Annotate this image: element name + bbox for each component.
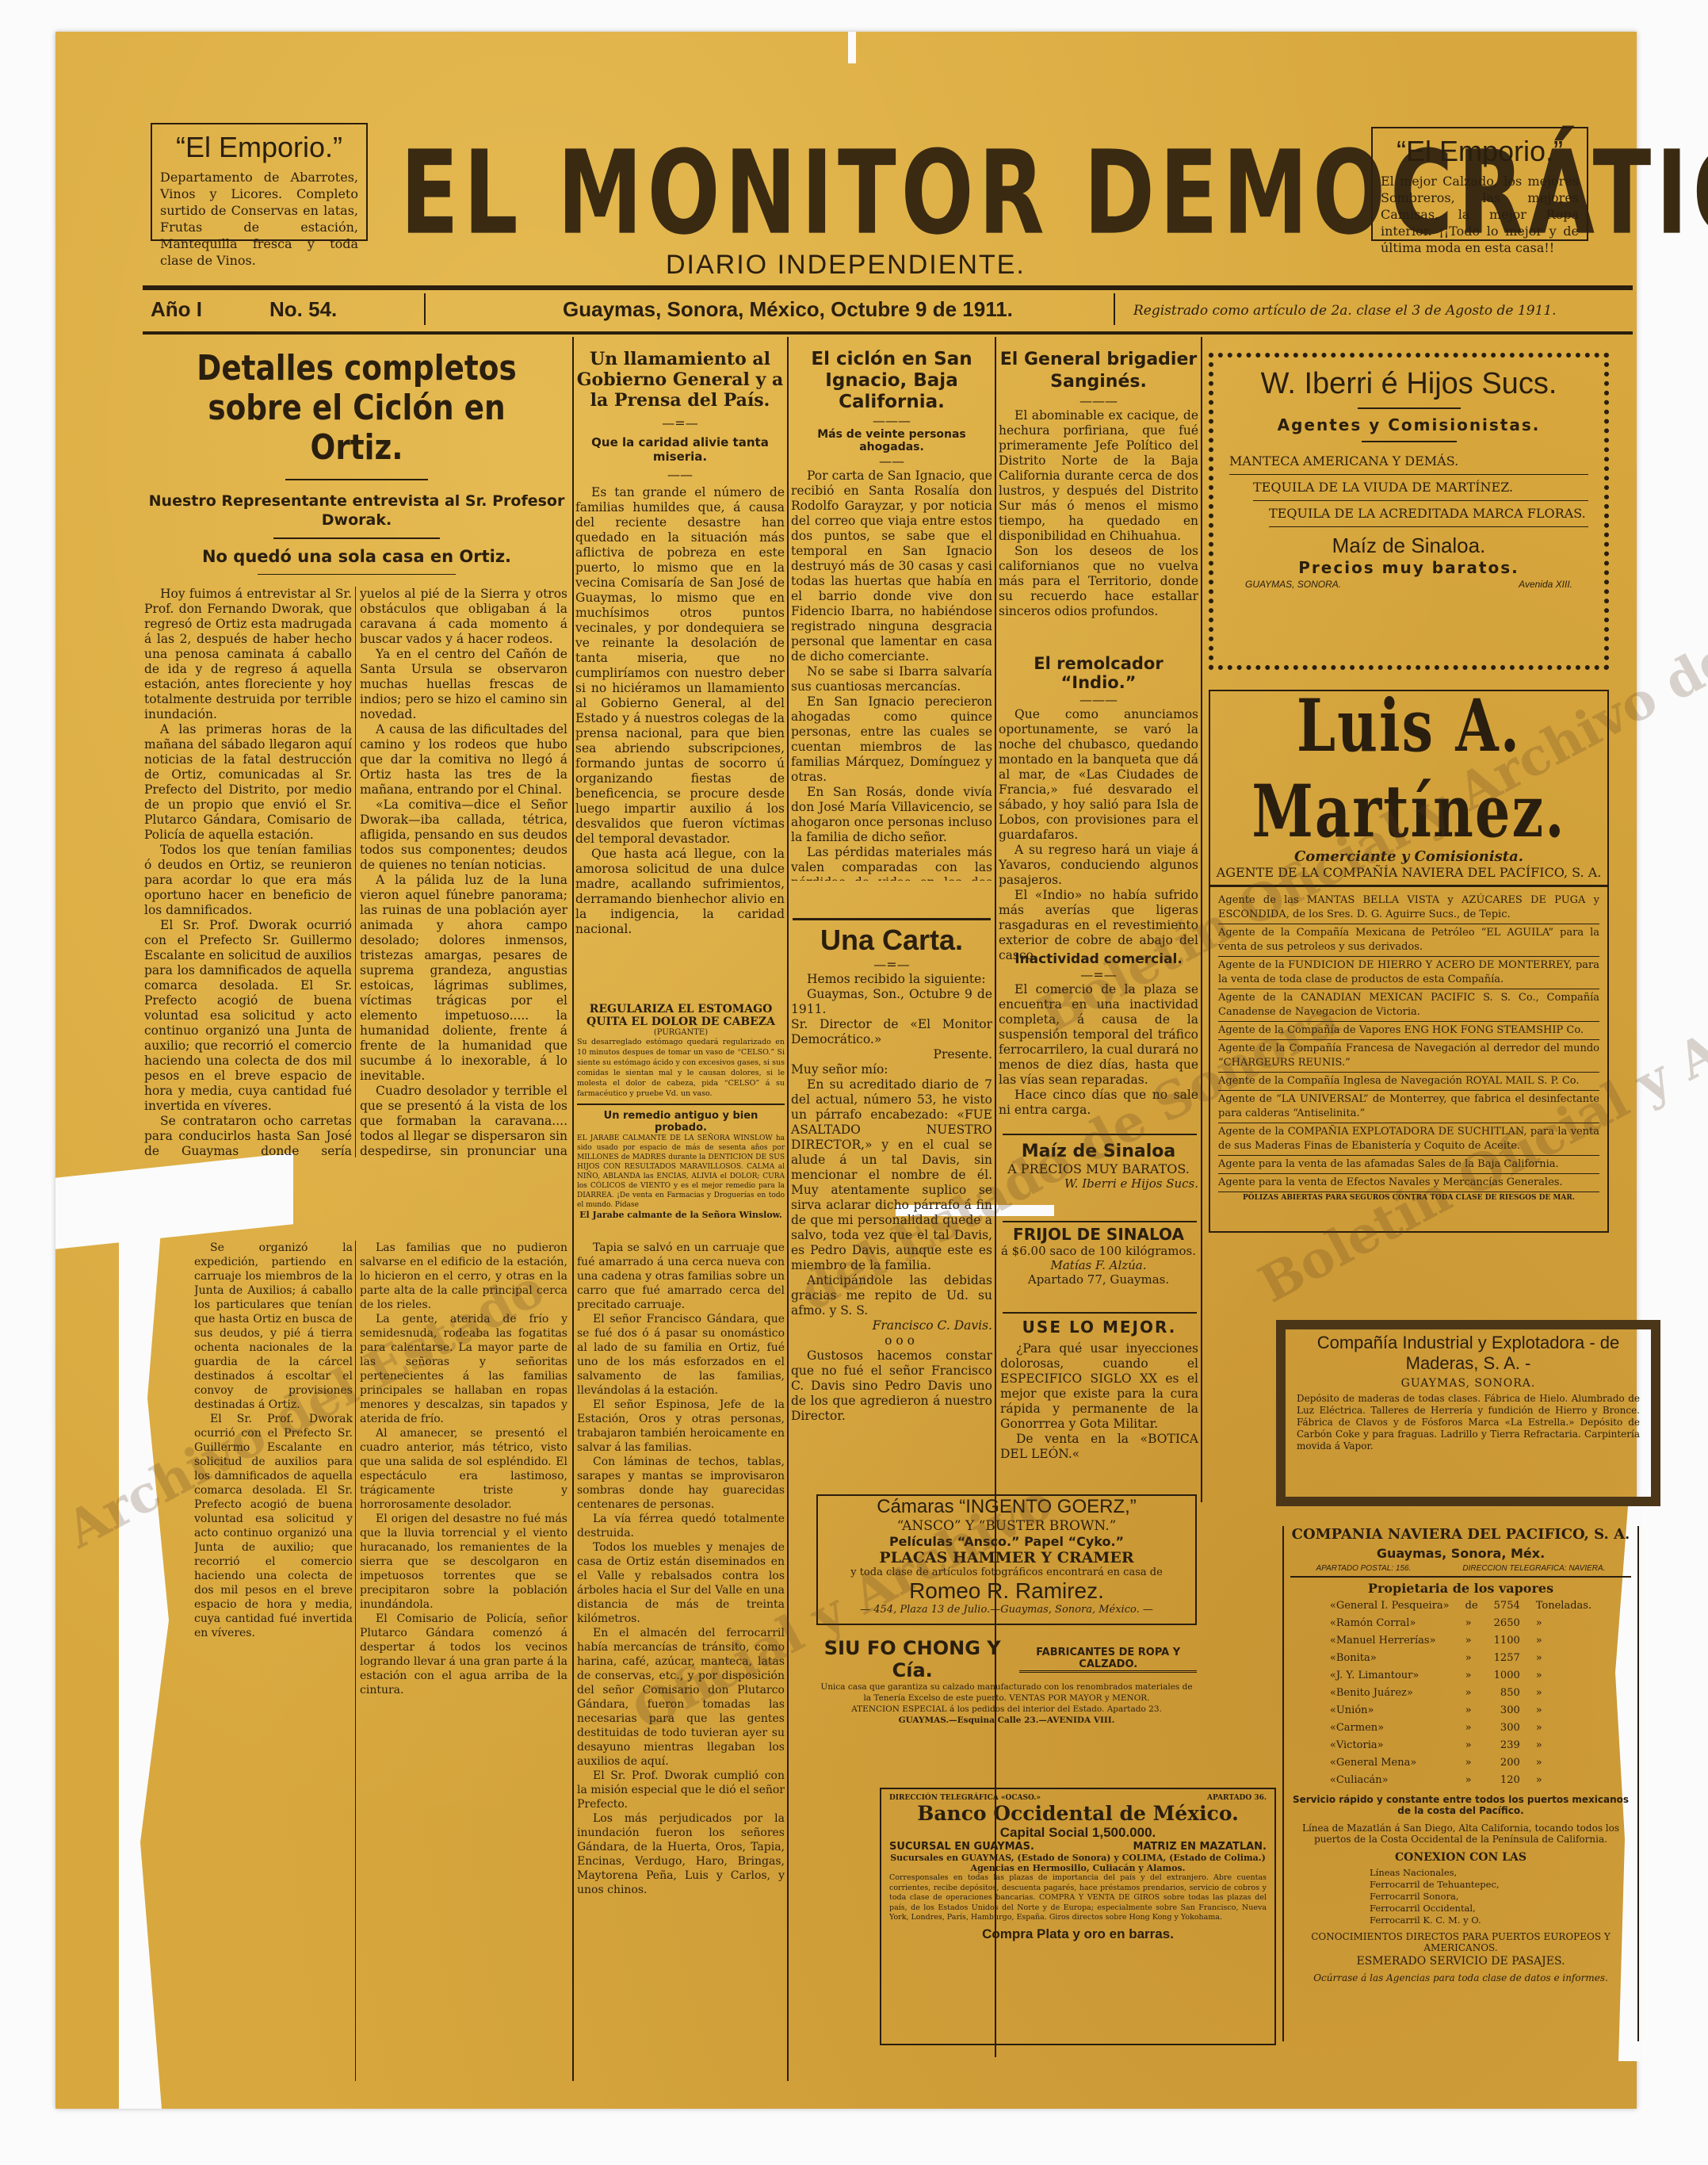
column-divider [355,587,356,1157]
column-divider [355,1241,356,2081]
divider [1362,441,1457,442]
article-llamamiento-body: Es tan grande el número de familias humi… [575,485,785,961]
ad-maiz-sub: A PRECIOS MUY BARATOS. [999,1161,1198,1176]
paragraph: Que como anunciamos oportunamente, se va… [999,707,1198,843]
paragraph: A su regreso hará un viaje á Yavaros, co… [999,843,1198,888]
ad-naviera-title: COMPANIA NAVIERA DEL PACIFICO, S. A. [1290,1526,1631,1543]
paragraph: Se organizó la expedición, partiendo en … [194,1241,353,1412]
ship-prefix: » [1458,1754,1486,1772]
ship-tonnage: 1257 [1486,1650,1528,1667]
ad-naviera-footer: Ocúrrase á las Agencias para toda clase … [1290,1972,1631,1983]
ear-right-text: El mejor Calzado, los mejores Sombreros,… [1373,168,1587,261]
paragraph: «La comitiva—dice el Señor Dworak—iba ca… [360,798,567,873]
paragraph: No se sabe si Ibarra salvaría sus cuanti… [791,664,992,694]
ship-name: «Ramón Corral» [1322,1615,1458,1632]
ship-unit: » [1528,1632,1599,1650]
ad-goerz-line3: Películas “Ansco.” Papel “Cyko.” [818,1534,1195,1549]
paper-tear [848,32,856,63]
article-sangines-body: El abominable ex cacique, de hechura por… [999,408,1198,619]
paragraph: Anticipándole las debidas gracias me rep… [791,1273,992,1318]
paragraph: El Sr. Prof. Dworak cumplió con la misió… [577,1769,785,1811]
ornament: —— [791,453,992,469]
ad-maderas-city: GUAYMAS, SONORA. [1297,1377,1640,1390]
ad-naviera-conocimientos: CONOCIMIENTOS DIRECTOS PARA PUERTOS EURO… [1290,1931,1631,1953]
paragraph: yuelos al pié de la Sierra y otros obstá… [360,587,567,647]
paragraph: El señor Francisco Gándara, que se fué d… [577,1312,785,1398]
article-ortiz-deck1: Nuestro Representante entrevista al Sr. … [143,492,571,530]
article-ortiz-continued-col1: Se organizó la expedición, partiendo en … [194,1241,353,2073]
ship-row: «Unión»»300» [1322,1702,1599,1719]
ornament: —— [575,467,785,482]
paragraph: El Sr. Prof. Dworak ocurrió con el Prefe… [194,1412,353,1640]
ad-martinez-footer: PÓLIZAS ABIERTAS PARA SEGUROS CONTRA TOD… [1210,1194,1607,1202]
ship-unit: » [1528,1667,1599,1685]
ad-goerz-line1: Cámaras “INGENTO GOERZ,” [818,1496,1195,1518]
paragraph: Al amanecer, se presentó el cuadro anter… [360,1426,567,1512]
paragraph: Los más perjudicados por la inundación f… [577,1811,785,1897]
paragraph: Guaymas, Son., Octubre 9 de 1911. [791,987,992,1017]
ad-use-mejor-body: ¿Para qué usar inyecciones dolorosas, cu… [1000,1341,1198,1462]
divider [258,574,456,576]
signature: Francisco C. Davis. [791,1318,992,1333]
ad-martinez-item: Agente de la Compañía Mexicana de Petról… [1218,924,1599,957]
column-divider [572,1241,574,2081]
paragraph: En su acreditado diario de 7 del actual,… [791,1077,992,1273]
dateline-rule [143,331,1633,335]
ad-frijol-address: Apartado 77, Guaymas. [999,1272,1198,1287]
divider [1003,1221,1197,1222]
ad-naviera-city: Guaymas, Sonora, Méx. [1290,1546,1631,1561]
ship-row: «Benito Juárez»»850» [1322,1685,1599,1702]
ad-siu-fo-body: Unica casa que garantiza su calzado manu… [816,1681,1197,1704]
divider [793,918,991,920]
paragraph: Sr. Director de «El Monitor Democrático.… [791,1017,992,1047]
ear-right-ad: “El Emporio.” El mejor Calzado, los mejo… [1371,127,1588,241]
ad-martinez-item: Agente de “LA UNIVERSAL” de Monterrey, q… [1218,1091,1599,1123]
ad-goerz-line4: PLACAS HAMMER Y CRAMER [818,1549,1195,1566]
article-inactividad: Inactividad comercial. —=— El comercio d… [999,951,1198,1118]
article-inactividad-headline: Inactividad comercial. [999,951,1198,967]
ship-prefix: » [1458,1719,1486,1737]
ad-winslow-body: EL JARABE CALMANTE DE LA SEÑORA WINSLOW … [577,1134,785,1210]
divider [1003,1312,1197,1314]
divider [1210,885,1607,887]
article-llamamiento-deck: Que la caridad alivie tanta miseria. [575,435,785,464]
ornament: —=— [999,967,1198,982]
ship-tonnage: 1000 [1486,1667,1528,1685]
ship-row: «General I. Pesqueira»de5754Toneladas. [1322,1597,1599,1615]
ad-maderas-body: Depósito de maderas de todas clases. Fáb… [1297,1393,1640,1452]
paragraph: Hace cinco días que no sale ni entra car… [999,1088,1198,1118]
paragraph: Las familias que no pudieron salvarse en… [360,1241,567,1312]
ad-celso-sub: (PURGANTE) [577,1028,785,1037]
ear-left-title: “El Emporio.” [152,131,366,164]
ship-prefix: » [1458,1615,1486,1632]
ship-unit: » [1528,1615,1599,1632]
paragraph: Hoy fuimos á entrevistar al Sr. Prof. do… [144,587,352,722]
ad-martinez-item: Agente de las MANTAS BELLA VISTA y AZÚCA… [1218,892,1599,924]
paragraph: El Sr. Prof. Dworak ocurrió con el Prefe… [144,918,352,1114]
ad-line: MANTECA AMERICANA Y DEMÁS. [1229,449,1588,475]
divider [424,293,426,325]
ship-name: «Manuel Herrerías» [1322,1632,1458,1650]
divider [1114,293,1115,325]
ad-banco-sucursal: SUCURSAL EN GUAYMAS. [889,1841,1034,1853]
ad-frijol-title: FRIJOL DE SINALOA [999,1225,1198,1244]
ad-martinez-item: Agente de la FUNDICION DE HIERRO Y ACERO… [1218,957,1599,989]
article-indio: El remolcador “Indio.” ——— Que como anun… [999,654,1198,963]
ornament: —=— [575,415,785,430]
ship-name: «Carmen» [1322,1719,1458,1737]
paragraph: El señor Espinosa, Jefe de la Estación, … [577,1398,785,1455]
paragraph: A la pálida luz de la luna vieron aquel … [360,873,567,1084]
ad-maiz-title: Maíz de Sinaloa [999,1142,1198,1161]
paragraph: El abominable ex cacique, de hechura por… [999,408,1198,544]
ad-martinez-item: Agente de la COMPAÑIA EXPLOTADORA DE SUC… [1218,1123,1599,1156]
ad-use-mejor: USE LO MEJOR. ¿Para qué usar inyecciones… [1000,1318,1198,1462]
ad-martinez-item: Agente de la Compañía Inglesa de Navegac… [1218,1073,1599,1091]
ship-prefix: » [1458,1650,1486,1667]
article-ortiz-col1: Hoy fuimos á entrevistar al Sr. Prof. do… [144,587,352,1157]
ad-frijol-sign: Matías F. Alzúa. [999,1258,1198,1272]
ship-row: «Bonita»»1257» [1322,1650,1599,1667]
masthead-subtitle: DIARIO INDEPENDIENTE. [666,250,1026,281]
ad-banco-capital: Capital Social 1,500.000. [889,1825,1267,1841]
ship-unit: » [1528,1702,1599,1719]
paragraph: La vía férrea quedó totalmente destruida… [577,1512,785,1540]
ear-left-ad: “El Emporio.” Departamento de Abarrotes,… [151,123,368,241]
masthead-rule [143,285,1633,290]
article-ortiz-col2: yuelos al pié de la Sierra y otros obstá… [360,587,567,1157]
ad-banco: DIRECCIÓN TELEGRÁFICA «OCASO.» APARTADO … [880,1788,1276,2045]
ship-name: «Bonita» [1322,1650,1458,1667]
paragraph: Es tan grande el número de familias humi… [575,485,785,847]
paragraph: A causa de las dificultades del camino y… [360,722,567,798]
divider [577,1104,785,1105]
ad-winslow-sign: El Jarabe calmante de la Señora Winslow. [577,1210,785,1220]
ad-martinez-item: Agente de la Compañía de Vapores ENG HOK… [1218,1022,1599,1040]
paragraph: Gustosos hacemos constar que no fué el s… [791,1348,992,1424]
column-divider [787,1241,789,2081]
article-carta-headline: Una Carta. [791,924,992,957]
paragraph: Presente. [791,1047,992,1062]
column-divider [1201,337,1202,1502]
ship-tonnage: 239 [1486,1737,1528,1754]
article-san-ignacio-headline: El ciclón en San Ignacio, Baja Californi… [791,349,992,413]
ship-name: «Unión» [1322,1702,1458,1719]
ad-banco-telegraph: DIRECCIÓN TELEGRÁFICA «OCASO.» [889,1794,1041,1802]
ad-goerz-name: Romeo R. Ramirez. [818,1578,1195,1604]
article-ortiz-headline: Detalles completos sobre el Ciclón en Or… [175,349,539,468]
ad-siu-fo-title: SIU FO CHONG Y Cía. [816,1637,1008,1681]
ad-iberri-address: Avenida XIII. [1519,579,1572,590]
railway-item: Ferrocarril K. C. M. y O. [1370,1914,1631,1926]
ship-name: «General I. Pesqueira» [1322,1597,1458,1615]
ship-tonnage: 2650 [1486,1615,1528,1632]
paragraph: Se contrataron ocho carretas para conduc… [144,1114,352,1157]
ad-frijol-price: á $6.00 saco de 100 kilógramos. [999,1244,1198,1258]
ad-celso-body: Su desarreglado estómago quedará regular… [577,1037,785,1099]
ad-celso-title2: QUITA EL DOLOR DE CABEZA [577,1016,785,1028]
ship-row: «General Mena»»200» [1322,1754,1599,1772]
divider [273,537,440,539]
ornament: ——— [999,393,1198,408]
ship-prefix: » [1458,1632,1486,1650]
ship-name: «Victoria» [1322,1737,1458,1754]
ship-unit: » [1528,1685,1599,1702]
ad-naviera-line: Línea de Mazatlán á San Diego, Alta Cali… [1290,1823,1631,1845]
ad-maderas: Compañía Industrial y Explotadora - de M… [1276,1320,1660,1506]
ship-tonnage: 1100 [1486,1632,1528,1650]
ship-tonnage: 300 [1486,1719,1528,1737]
divider [285,479,428,480]
ad-naviera-contacts: APARTADO POSTAL: 156. DIRECCION TELEGRAF… [1290,1564,1631,1573]
article-carta: Una Carta. —=— Hemos recibido la siguien… [791,924,992,1455]
newspaper-page: “El Emporio.” Departamento de Abarrotes,… [55,32,1637,2109]
paragraph: ¿Para qué usar inyecciones dolorosas, cu… [1000,1341,1198,1432]
paragraph: En San Ignacio perecieron ahogadas como … [791,694,992,785]
article-san-ignacio-deck: Más de veinte personas ahogadas. [791,428,992,453]
ad-banco-body: Corresponsales en todas las plazas de im… [889,1873,1267,1923]
article-llamamiento: Un llamamiento al Gobierno General y a l… [575,349,785,961]
ad-naviera-railways: Líneas Nacionales, Ferrocarril de Tehuan… [1290,1867,1631,1926]
paragraph: Cuadro desolador y terrible el que se pr… [360,1084,567,1157]
ear-right-title: “El Emporio.” [1373,135,1587,168]
ad-naviera-service: Servicio rápido y constante entre todos … [1290,1794,1631,1816]
ship-tonnage: 200 [1486,1754,1528,1772]
ad-naviera-conexion: CONEXION CON LAS [1290,1851,1631,1864]
ad-naviera-ships-table: «General I. Pesqueira»de5754Toneladas.«R… [1322,1597,1599,1789]
ad-iberri-footer: GUAYMAS, SONORA. Avenida XIII. [1213,577,1604,591]
ad-iberri-maiz: Maíz de Sinaloa. [1213,534,1604,558]
ship-unit: » [1528,1719,1599,1737]
divider [1003,1134,1197,1135]
ad-maiz-sinaloa: Maíz de Sinaloa A PRECIOS MUY BARATOS. W… [999,1142,1198,1191]
ad-use-mejor-title: USE LO MEJOR. [1000,1318,1198,1337]
issue-date: Guaymas, Sonora, México, Octubre 9 de 19… [563,297,1013,322]
ad-banco-sucursales: Sucursales en GUAYMAS, (Estado de Sonora… [889,1853,1267,1863]
paragraph: El Comisario de Policía, señor Plutarco … [360,1612,567,1697]
ad-iberri-tagline: Agentes y Comisionistas. [1213,415,1604,434]
paragraph: Las pérdidas materiales más valen compar… [791,845,992,881]
ad-banco-title: Banco Occidental de México. [889,1802,1267,1825]
paragraph: Ya en el centro del Cañón de Santa Ursul… [360,647,567,722]
ship-row: «Ramón Corral»»2650» [1322,1615,1599,1632]
ship-prefix: » [1458,1737,1486,1754]
paragraph: Son los deseos de los californianos que … [999,544,1198,619]
ad-martinez-item: Agente para la venta de Efectos Navales … [1218,1174,1599,1192]
ad-celso-title1: REGULARIZA EL ESTOMAGO [577,1003,785,1016]
ad-siu-fo-special: ATENCION ESPECIAL á los pedidos del inte… [816,1704,1197,1715]
railway-item: Ferrocarril de Tehuantepec, [1370,1879,1631,1891]
ship-prefix: » [1458,1702,1486,1719]
ad-naviera-postal: APARTADO POSTAL: 156. [1316,1564,1412,1573]
ear-left-text: Departamento de Abarrotes, Vinos y Licor… [152,164,366,273]
column-divider [572,337,574,1272]
paragraph: El origen del desastre no fué más que la… [360,1512,567,1612]
ship-unit: Toneladas. [1528,1597,1599,1615]
ship-row: «J. Y. Limantour»»1000» [1322,1667,1599,1685]
article-ortiz-deck2: No quedó una sola casa en Ortiz. [143,547,571,566]
ship-row: «Carmen»»300» [1322,1719,1599,1737]
ad-celso: REGULARIZA EL ESTOMAGO QUITA EL DOLOR DE… [577,1003,785,1220]
ad-iberri-lines: MANTECA AMERICANA Y DEMÁS. TEQUILA DE LA… [1213,449,1604,527]
ad-goerz-line5: y toda clase de artículos fotográficos e… [818,1566,1195,1578]
ad-martinez-title: Luis A. Martínez. [1210,683,1607,854]
ship-unit: » [1528,1650,1599,1667]
issue-year: Año I [151,297,202,322]
railway-item: Ferrocarril Occidental, [1370,1903,1631,1914]
ad-banco-matriz: MATRIZ EN MAZATLAN. [1133,1841,1267,1853]
ad-banco-branches: SUCURSAL EN GUAYMAS. MATRIZ EN MAZATLAN. [889,1841,1267,1853]
divider [1358,407,1461,409]
paragraph: Tapia se salvó en un carruaje que fué am… [577,1241,785,1312]
ad-siu-fo-address: GUAYMAS.—Esquina Calle 23.—AVENIDA VIII. [816,1715,1197,1726]
ad-winslow-title: Un remedio antiguo y bien probado. [577,1110,785,1134]
ad-goerz-address: — 454, Plaza 13 de Julio.—Guaymas, Sonor… [818,1604,1195,1616]
paragraph: La gente, aterida de frío y semidesnuda,… [360,1312,567,1426]
ship-name: «J. Y. Limantour» [1322,1667,1458,1685]
ad-iberri-city: GUAYMAS, SONORA. [1245,579,1341,590]
ad-frijol: FRIJOL DE SINALOA á $6.00 saco de 100 ki… [999,1225,1198,1287]
divider [1290,1576,1631,1578]
ship-prefix: » [1458,1667,1486,1685]
article-inactividad-body: El comercio de la plaza se encuentra en … [999,982,1198,1118]
ship-row: «Victoria»»239» [1322,1737,1599,1754]
issue-number: No. 54. [269,297,337,322]
ad-naviera: COMPANIA NAVIERA DEL PACIFICO, S. A. Gua… [1282,1526,1639,2041]
paragraph: Muy señor mío: [791,1062,992,1077]
ship-name: «Benito Juárez» [1322,1685,1458,1702]
ad-iberri-precios: Precios muy baratos. [1213,558,1604,577]
ad-maiz-sign: W. Iberri e Hijos Sucs. [999,1176,1198,1191]
ad-banco-header: DIRECCIÓN TELEGRÁFICA «OCASO.» APARTADO … [889,1794,1267,1802]
article-indio-headline: El remolcador “Indio.” [999,654,1198,692]
ad-martinez-item: Agente de la CANADIAN MEXICAN PACIFIC S.… [1218,989,1599,1022]
ad-banco-apartado: APARTADO 36. [1207,1794,1267,1802]
ship-tonnage: 850 [1486,1685,1528,1702]
ship-tonnage: 120 [1486,1772,1528,1789]
ship-row: «Manuel Herrerías»»1100» [1322,1632,1599,1650]
article-llamamiento-headline: Un llamamiento al Gobierno General y a l… [575,349,785,411]
paragraph: Que hasta acá llegue, con la amorosa sol… [575,847,785,937]
ad-iberri-title: W. Iberri é Hijos Sucs. [1213,367,1604,401]
ship-prefix: » [1458,1772,1486,1789]
railway-item: Líneas Nacionales, [1370,1867,1631,1879]
article-sangines-headline: El General brigadier Sanginés. [999,349,1198,393]
ship-unit: » [1528,1737,1599,1754]
article-ortiz-continued-col3: Tapia se salvó en un carruaje que fué am… [577,1241,785,2073]
ship-prefix: » [1458,1685,1486,1702]
ad-siu-fo-chong: SIU FO CHONG Y Cía. FABRICANTES DE ROPA … [816,1637,1197,1726]
paragraph: Por carta de San Ignacio, que recibió en… [791,469,992,664]
ship-name: «General Mena» [1322,1754,1458,1772]
article-indio-body: Que como anunciamos oportunamente, se va… [999,707,1198,963]
ad-maderas-title: Compañía Industrial y Explotadora - de M… [1297,1333,1640,1374]
ship-unit: » [1528,1772,1599,1789]
registration-note: Registrado como artículo de 2a. clase el… [1133,303,1557,319]
ornament: ——— [999,692,1198,707]
ad-naviera-pasajes: ESMERADO SERVICIO DE PASAJES. [1290,1955,1631,1968]
paragraph: En San Rosás, donde vivía don José María… [791,785,992,845]
article-san-ignacio: El ciclón en San Ignacio, Baja Californi… [791,349,992,881]
paragraph: En el almacén del ferrocarril había merc… [577,1626,785,1769]
ad-iberri: W. Iberri é Hijos Sucs. Agentes y Comisi… [1209,353,1609,670]
article-ortiz: Detalles completos sobre el Ciclón en Or… [143,349,571,583]
column-divider [787,337,789,1280]
ad-naviera-telegraph: DIRECCION TELEGRAFICA: NAVIERA. [1462,1564,1605,1573]
paragraph: A las primeras horas de la mañana del sá… [144,722,352,843]
ad-martinez-item: Agente para la venta de las afamadas Sal… [1218,1156,1599,1174]
ad-line: TEQUILA DE LA VIUDA DE MARTÍNEZ. [1253,475,1588,501]
ship-prefix: de [1458,1597,1486,1615]
article-sangines: El General brigadier Sanginés. ——— El ab… [999,349,1198,619]
ship-tonnage: 5754 [1486,1597,1528,1615]
ad-banco-footer: Compra Plata y oro en barras. [889,1926,1267,1942]
paragraph: Hemos recibido la siguiente: [791,972,992,987]
ship-unit: » [1528,1754,1599,1772]
article-carta-body: Hemos recibido la siguiente: Guaymas, So… [791,972,992,1455]
ad-goerz: Cámaras “INGENTO GOERZ,” “ANSCO” Y “BUST… [816,1494,1197,1625]
ad-line: TEQUILA DE LA ACREDITADA MARCA FLORAS. [1269,501,1588,527]
ornament: o o o [791,1333,992,1348]
ad-martinez: Luis A. Martínez. Comerciante y Comision… [1209,690,1609,1233]
ornament: —=— [791,957,992,972]
ship-name: «Culiacán» [1322,1772,1458,1789]
ship-tonnage: 300 [1486,1702,1528,1719]
paragraph: De venta en la «BOTICA DEL LEÓN.« [1000,1432,1198,1462]
railway-item: Ferrocarril Sonora, [1370,1891,1631,1903]
paragraph: Todos los muebles y menajes de casa de O… [577,1540,785,1626]
ad-martinez-item: Agente de la Compañía Francesa de Navega… [1218,1040,1599,1073]
paragraph: Todos los que tenían familias ó deudos e… [144,843,352,918]
ornament: ——— [791,413,992,428]
paragraph: El comercio de la plaza se encuentra en … [999,982,1198,1088]
article-ortiz-continued-col2: Las familias que no pudieron salvarse en… [360,1241,567,2073]
ad-siu-fo-header: SIU FO CHONG Y Cía. FABRICANTES DE ROPA … [816,1637,1197,1681]
ad-martinez-agent: AGENTE DE LA COMPAÑÍA NAVIERA DEL PACÍFI… [1210,865,1607,880]
article-san-ignacio-body: Por carta de San Ignacio, que recibió en… [791,469,992,881]
ad-banco-agencias: Agencias en Hermosillo, Culiacán y Alamo… [889,1863,1267,1873]
paper-tear [119,1221,190,2109]
ship-row: «Culiacán»»120» [1322,1772,1599,1789]
ad-siu-fo-tagline: FABRICANTES DE ROPA Y CALZADO. [1019,1647,1197,1673]
ad-naviera-ships-heading: Propietaria de los vapores [1290,1581,1631,1596]
ad-goerz-line2: “ANSCO” Y “BUSTER BROWN.” [818,1518,1195,1534]
paragraph: Con láminas de techos, tablas, sarapes y… [577,1455,785,1512]
ad-martinez-items: Agente de las MANTAS BELLA VISTA y AZÚCA… [1210,892,1607,1192]
paper-tear [55,1153,293,1249]
